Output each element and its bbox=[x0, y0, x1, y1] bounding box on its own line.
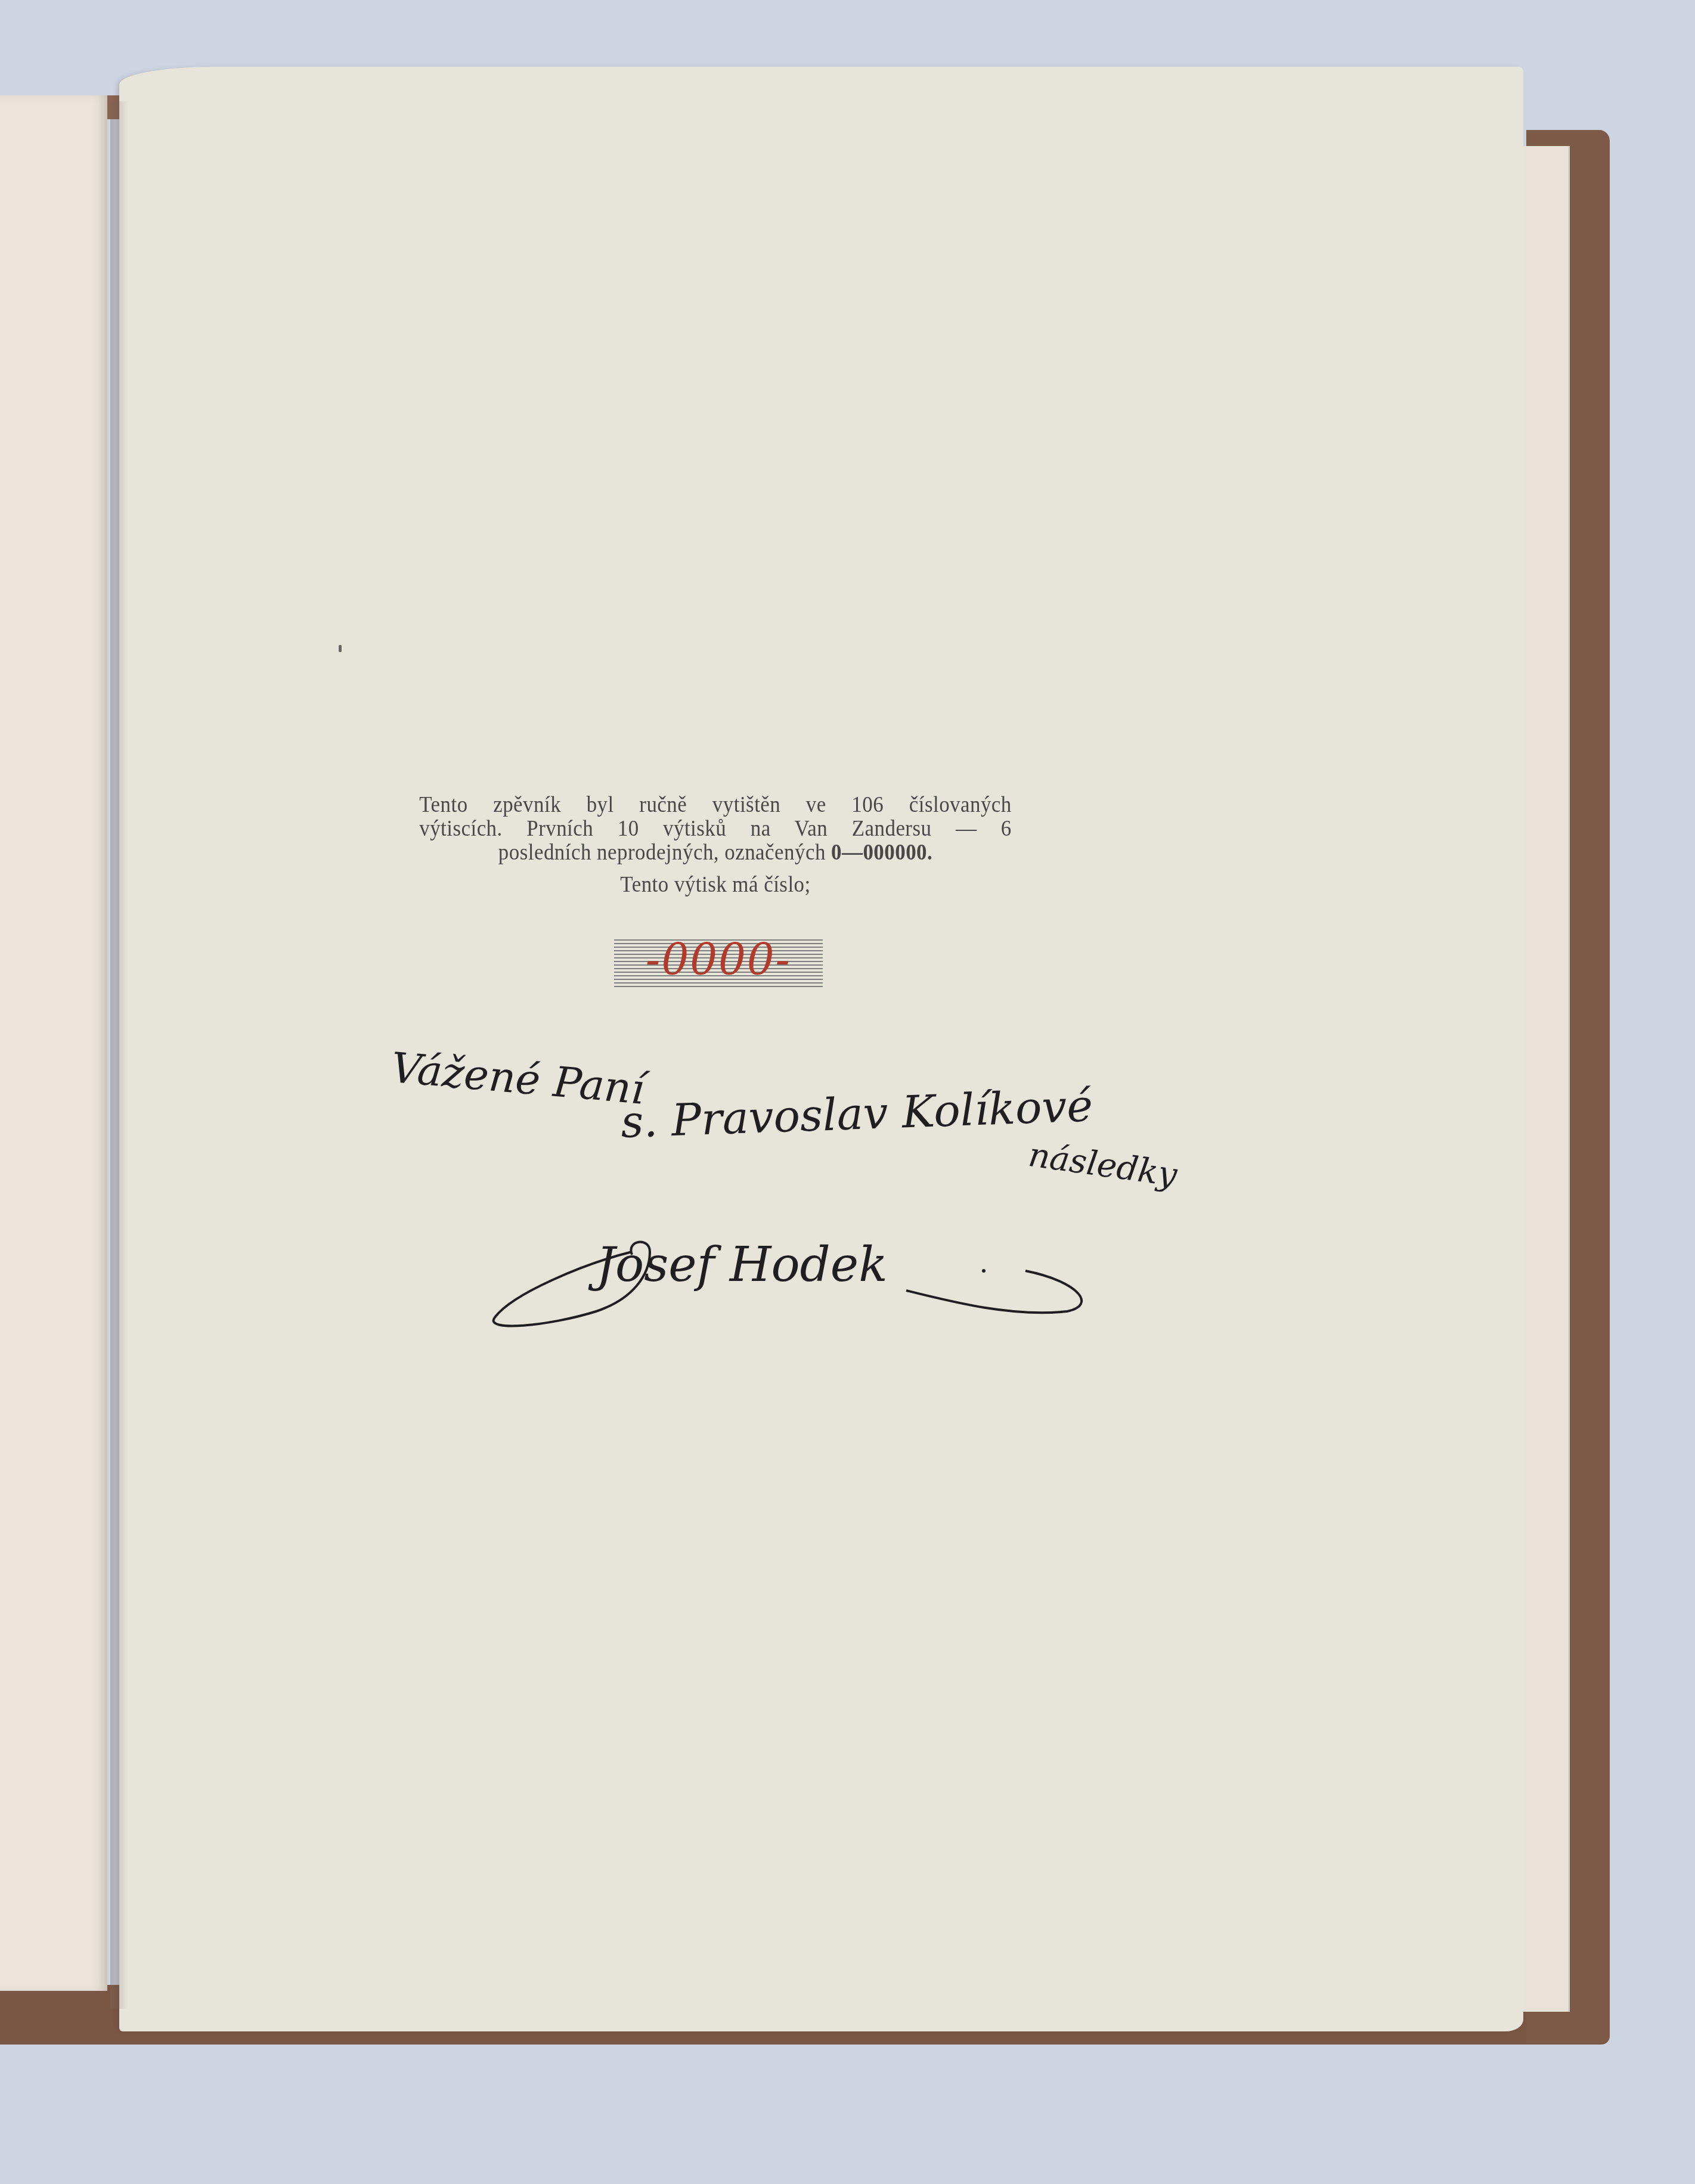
colophon-page bbox=[119, 67, 1523, 2031]
colophon-line-3: posledních neprodejných, označených 0—00… bbox=[419, 840, 1012, 864]
gutter-shadow bbox=[110, 101, 128, 2009]
colophon-line-2: výtiscích. Prvních 10 výtisků na Van Zan… bbox=[419, 817, 1012, 840]
number-prompt: Tento výtisk má číslo; bbox=[419, 873, 1012, 896]
left-page bbox=[0, 95, 107, 1991]
unsold-marker: 0—000000. bbox=[831, 840, 932, 865]
colophon-text: Tento zpěvník byl ručně vytištěn ve 106 … bbox=[419, 793, 1012, 896]
signature-name: Josef Hodek bbox=[596, 1237, 888, 1292]
colophon-line-1: Tento zpěvník byl ručně vytištěn ve 106 … bbox=[419, 793, 1012, 817]
paper-speck bbox=[339, 645, 342, 652]
edition-number: -0000- bbox=[614, 930, 823, 989]
